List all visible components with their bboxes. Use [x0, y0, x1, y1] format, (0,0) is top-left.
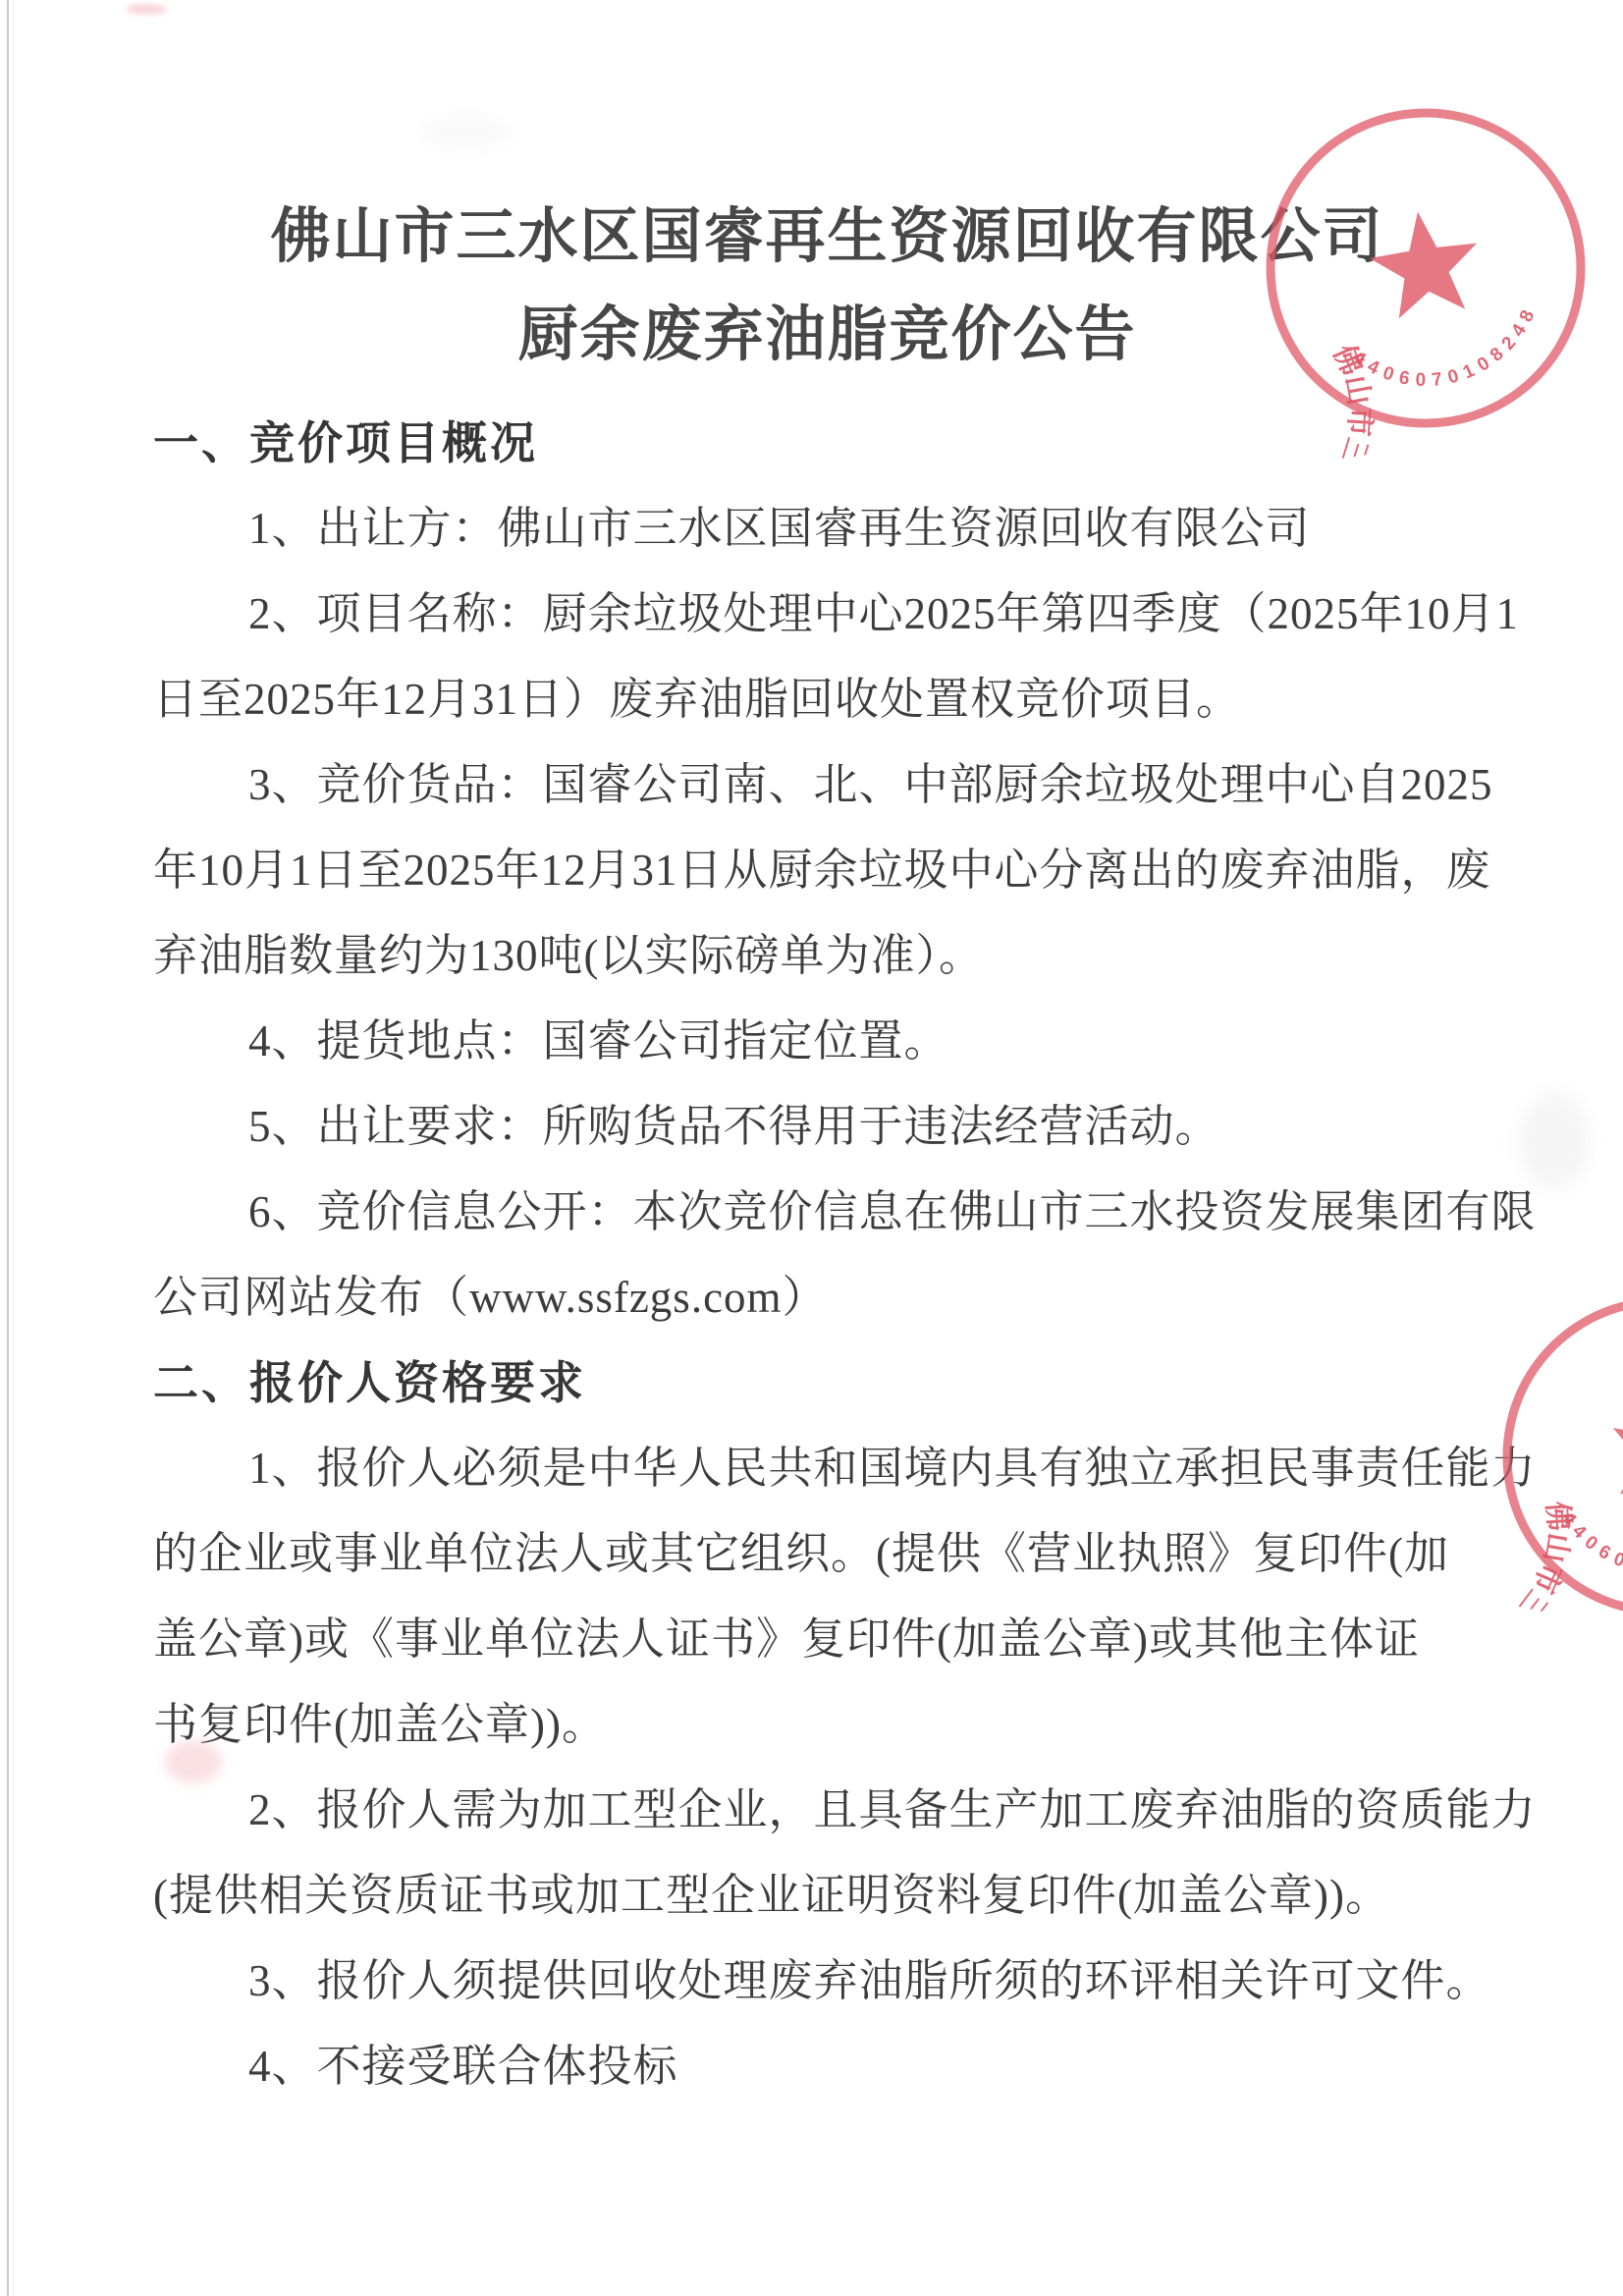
official-seal-stamp: 佛山市三水区国睿再生资源回收有限公司 4406070108248: [1226, 69, 1623, 468]
official-seal-graphic: 佛山市三水区国睿再生资源回收有限公司 4406070108248: [1226, 69, 1623, 468]
doc-line: 公司网站发布（www.ssfzgs.com）: [153, 1255, 1479, 1340]
doc-line: 日至2025年12月31日）废弃油脂回收处置权竞价项目。: [153, 657, 1479, 742]
doc-line: 1、出让方：佛山市三水区国睿再生资源回收有限公司: [153, 486, 1479, 572]
doc-line: 年10月1日至2025年12月31日从厨余垃圾中心分离出的废弃油脂，废: [153, 828, 1479, 913]
doc-line: 2、项目名称：厨余垃圾处理中心2025年第四季度（2025年10月1: [153, 572, 1479, 657]
section-heading: 二、报价人资格要求: [153, 1340, 1479, 1426]
doc-line: 3、竞价货品：国睿公司南、北、中部厨余垃圾处理中心自2025: [153, 742, 1479, 828]
scan-smudge: [422, 118, 511, 147]
scan-edge-line-faint: [13, 0, 14, 2296]
doc-line: 5、出让要求：所购货品不得用于违法经营活动。: [153, 1084, 1479, 1170]
scanned-document-page: 佛山市三水区国睿再生资源回收有限公司 厨余废弃油脂竞价公告 一、竞价项目概况 1…: [0, 0, 1623, 2296]
star-icon: [1599, 1390, 1623, 1513]
doc-line: 弃油脂数量约为130吨(以实际磅单为准）。: [153, 913, 1479, 999]
doc-line: (提供相关资质证书或加工型企业证明资料复印件(加盖公章))。: [153, 1853, 1479, 1939]
doc-line: 4、不接受联合体投标: [153, 2024, 1479, 2109]
document-body: 一、竞价项目概况 1、出让方：佛山市三水区国睿再生资源回收有限公司 2、项目名称…: [153, 401, 1479, 2109]
doc-line: 2、报价人需为加工型企业，且具备生产加工废弃油脂的资质能力: [153, 1768, 1479, 1853]
star-icon: [1364, 204, 1486, 321]
doc-line: 6、竞价信息公开：本次竞价信息在佛山市三水投资发展集团有限: [153, 1170, 1479, 1255]
doc-line: 的企业或事业单位法人或其它组织。(提供《营业执照》复印件(加: [153, 1511, 1479, 1597]
scan-edge-line: [7, 0, 9, 2296]
doc-line: 3、报价人须提供回收处理废弃油脂所须的环评相关许可文件。: [153, 1939, 1479, 2024]
doc-line: 盖公章)或《事业单位法人证书》复印件(加盖公章)或其他主体证: [153, 1597, 1479, 1682]
doc-line: 1、报价人必须是中华人民共和国境内具有独立承担民事责任能力: [153, 1426, 1479, 1511]
ink-smudge: [126, 4, 167, 15]
doc-line: 书复印件(加盖公章))。: [153, 1682, 1479, 1768]
doc-line: 4、提货地点：国睿公司指定位置。: [153, 999, 1479, 1084]
